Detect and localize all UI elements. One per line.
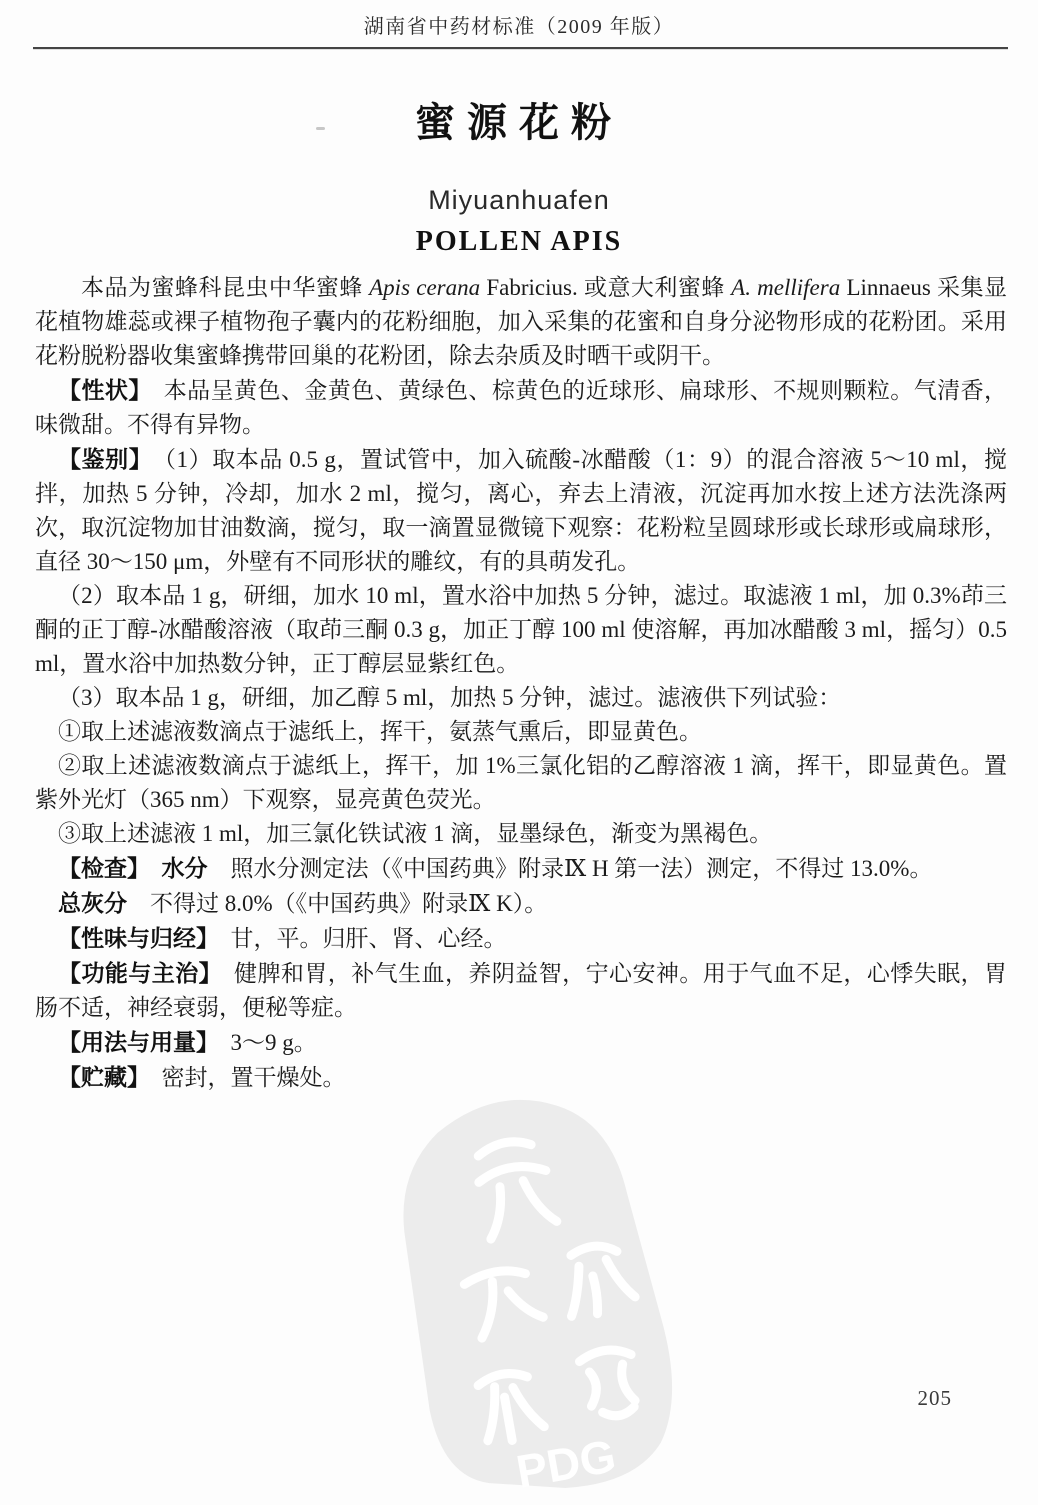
paragraph: 【用法与用量】 3～9 g。 <box>35 1025 1007 1060</box>
text-run: 3～9 g。 <box>208 1030 317 1055</box>
text-run: ①取上述滤液数滴点于滤纸上，挥干，氨蒸气熏后，即显黄色。 <box>58 719 702 744</box>
text-run: 不得过 8.0%（《中国药典》附录Ⅸ K）。 <box>127 891 547 916</box>
section-label: 【贮藏】 <box>58 1064 139 1090</box>
paragraph: 【检查】 水分 照水分测定法（《中国药典》附录Ⅸ H 第一法）测定，不得过 13… <box>35 851 1007 886</box>
paragraph: （3）取本品 1 g，研细，加乙醇 5 ml，加热 5 分钟，滤过。滤液供下列试… <box>35 681 1007 715</box>
text-run: 本品呈黄色、金黄色、黄绿色、棕黄色的近球形、扁球形、不规则颗粒。气清香，味微甜。… <box>35 378 1007 437</box>
seal-glyph-stroke <box>578 1346 641 1421</box>
seal-glyph-stroke <box>560 1241 637 1319</box>
text-run: ③取上述滤液 1 ml，加三氯化铁试液 1 滴，显墨绿色，渐变为黑褐色。 <box>58 821 772 846</box>
pdg-watermark: PDG <box>372 1090 702 1505</box>
section-label: 【功能与主治】 <box>58 960 211 986</box>
latin-name: Apis cerana <box>369 275 480 300</box>
section-label: 【性状】 <box>58 377 140 403</box>
monograph-body: 本品为蜜蜂科昆虫中华蜜蜂 Apis cerana Fabricius. 或意大利… <box>35 271 1007 1095</box>
paragraph: 本品为蜜蜂科昆虫中华蜜蜂 Apis cerana Fabricius. 或意大利… <box>35 271 1007 373</box>
text-run <box>139 856 162 881</box>
text-run: Fabricius. 或意大利蜜蜂 <box>480 275 731 300</box>
scan-artifact <box>316 127 325 130</box>
text-run: 甘，平。归肝、肾、心经。 <box>208 926 507 951</box>
text-run: ②取上述滤液数滴点于滤纸上，挥干，加 1%三氯化铝的乙醇溶液 1 滴，挥干，即显… <box>35 753 1007 812</box>
paragraph: （2）取本品 1 g，研细，加水 10 ml，置水浴中加热 5 分钟，滤过。取滤… <box>35 579 1007 681</box>
header-rule <box>33 47 1008 49</box>
seal-glyph-stroke <box>477 1369 546 1445</box>
text-run: （3）取本品 1 g，研细，加乙醇 5 ml，加热 5 分钟，滤过。滤液供下列试… <box>58 685 841 710</box>
paragraph: 【鉴别】 （1）取本品 0.5 g，置试管中，加入硫酸-冰醋酸（1：9）的混合溶… <box>35 442 1007 579</box>
page-title: 蜜源花粉 <box>0 101 1038 145</box>
latin-name: A. mellifera <box>731 275 840 300</box>
watermark-label: PDG <box>512 1429 619 1498</box>
seal-glyph-stroke <box>473 1136 558 1239</box>
paragraph: ③取上述滤液 1 ml，加三氯化铁试液 1 滴，显墨绿色，渐变为黑褐色。 <box>35 817 1007 851</box>
text-run: 本品为蜜蜂科昆虫中华蜜蜂 <box>81 275 369 300</box>
paragraph: 【贮藏】 密封，置干燥处。 <box>35 1060 1007 1095</box>
page-number: 205 <box>918 1386 953 1411</box>
watermark-seal-shape <box>379 1090 689 1505</box>
text-run: 密封，置干燥处。 <box>139 1065 346 1090</box>
title-pinyin: Miyuanhuafen <box>0 185 1038 215</box>
paragraph: 【性味与归经】 甘，平。归肝、肾、心经。 <box>35 921 1007 956</box>
paragraph: 【性状】 本品呈黄色、金黄色、黄绿色、棕黄色的近球形、扁球形、不规则颗粒。气清香… <box>35 373 1007 442</box>
title-latin: POLLEN APIS <box>0 227 1038 257</box>
section-label: 总灰分 <box>58 890 127 916</box>
section-label: 【鉴别】 <box>58 446 141 472</box>
section-label: 水分 <box>162 855 208 881</box>
text-run: （2）取本品 1 g，研细，加水 10 ml，置水浴中加热 5 分钟，滤过。取滤… <box>35 583 1007 676</box>
section-label: 【检查】 <box>58 855 139 881</box>
paragraph: 【功能与主治】 健脾和胃，补气生血，养阴益智，宁心安神。用于气血不足，心悸失眠，… <box>35 956 1007 1025</box>
text-run: 照水分测定法（《中国药典》附录Ⅸ H 第一法）测定，不得过 13.0%。 <box>208 856 933 881</box>
seal-glyph-stroke <box>463 1265 545 1340</box>
document-page: 湖南省中药材标准（2009 年版） 蜜源花粉 Miyuanhuafen POLL… <box>0 0 1038 1505</box>
section-label: 【性味与归经】 <box>58 925 208 951</box>
running-head: 湖南省中药材标准（2009 年版） <box>0 0 1038 39</box>
section-label: 【用法与用量】 <box>58 1029 208 1055</box>
text-run: （1）取本品 0.5 g，置试管中，加入硫酸-冰醋酸（1：9）的混合溶液 5～1… <box>35 447 1007 574</box>
paragraph: 总灰分 不得过 8.0%（《中国药典》附录Ⅸ K）。 <box>35 886 1007 921</box>
paragraph: ②取上述滤液数滴点于滤纸上，挥干，加 1%三氯化铝的乙醇溶液 1 滴，挥干，即显… <box>35 749 1007 817</box>
paragraph: ①取上述滤液数滴点于滤纸上，挥干，氨蒸气熏后，即显黄色。 <box>35 715 1007 749</box>
